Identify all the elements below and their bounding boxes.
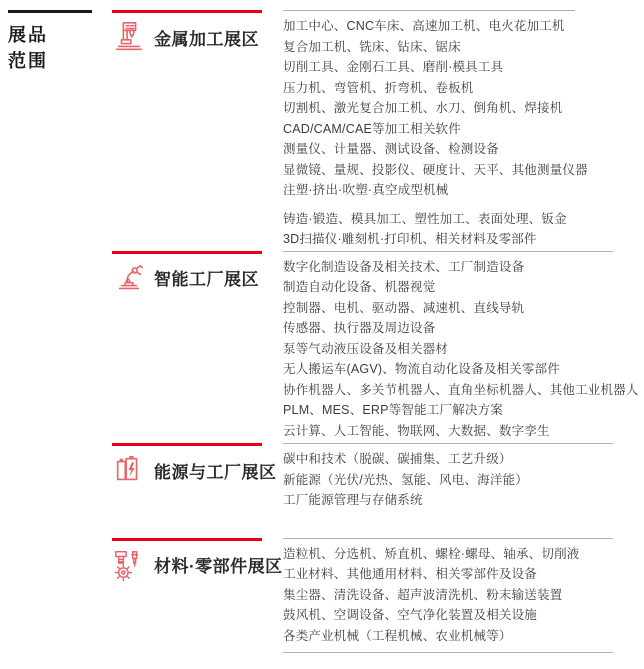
red-rule bbox=[112, 251, 262, 254]
robot-arm-icon bbox=[112, 261, 146, 295]
section-title: 材料·零部件展区 bbox=[154, 552, 283, 577]
section-header: 智能工厂展区 bbox=[112, 251, 262, 442]
section-energy-factory: 能源与工厂展区 碳中和技术（脱碳、碳捕集、工艺升级） 新能源（光伏/光热、氢能、… bbox=[112, 443, 638, 511]
list-item: 鼓风机、空调设备、空气净化装置及相关设施 bbox=[283, 605, 638, 626]
list-item: 控制器、电机、驱动器、减速机、直线导轨 bbox=[283, 298, 638, 319]
list-item: 加工中心、CNC车床、高速加工机、电火花加工机 bbox=[283, 16, 638, 37]
milling-machine-icon bbox=[112, 20, 146, 54]
battery-energy-icon bbox=[112, 453, 146, 487]
list-item: 切割机、激光复合加工机、水刀、倒角机、焊接机 bbox=[283, 98, 638, 119]
section-list: 碳中和技术（脱碳、碳捕集、工艺升级） 新能源（光伏/光热、氢能、风电、海洋能） … bbox=[283, 443, 638, 511]
list-item: 泵等气动液压设备及相关器材 bbox=[283, 339, 638, 360]
list-item: 铸造·锻造、模具加工、塑性加工、表面处理、钣金 bbox=[283, 209, 638, 230]
bottom-rule bbox=[283, 652, 613, 653]
list-item: 工厂能源管理与存储系统 bbox=[283, 490, 638, 511]
list-item: 复合加工机、铣床、钻床、锯床 bbox=[283, 37, 638, 58]
exhibit-scope-block: 展品 范围 bbox=[8, 10, 92, 74]
section-header: 材料·零部件展区 bbox=[112, 538, 262, 647]
list-item: 协作机器人、多关节机器人、直角坐标机器人、其他工业机器人 bbox=[283, 380, 638, 401]
list-item: 压力机、弯管机、折弯机、卷板机 bbox=[283, 78, 638, 99]
sections-area: 金属加工展区 加工中心、CNC车床、高速加工机、电火花加工机 复合加工机、铣床、… bbox=[112, 10, 638, 653]
list-item: 集尘器、清洗设备、超声波清洗机、粉末输送装置 bbox=[283, 585, 638, 606]
section-header: 能源与工厂展区 bbox=[112, 443, 262, 511]
list-item: 造粒机、分选机、矫直机、螺栓·螺母、轴承、切削液 bbox=[283, 544, 638, 565]
list-item: 数字化制造设备及相关技术、工厂制造设备 bbox=[283, 257, 638, 278]
section-title: 金属加工展区 bbox=[154, 25, 259, 50]
red-rule bbox=[112, 443, 262, 446]
section-materials-parts: 材料·零部件展区 造粒机、分选机、矫直机、螺栓·螺母、轴承、切削液 工业材料、其… bbox=[112, 538, 638, 647]
list-item: 各类产业机械（工程机械、农业机械等） bbox=[283, 626, 638, 647]
red-rule bbox=[112, 538, 262, 541]
section-list: 数字化制造设备及相关技术、工厂制造设备 制造自动化设备、机器视觉 控制器、电机、… bbox=[283, 251, 638, 442]
section-list: 加工中心、CNC车床、高速加工机、电火花加工机 复合加工机、铣床、钻床、锯床 切… bbox=[283, 10, 638, 250]
list-item: 3D扫描仪·雕刻机·打印机、相关材料及零部件 bbox=[283, 229, 638, 250]
section-smart-factory: 智能工厂展区 数字化制造设备及相关技术、工厂制造设备 制造自动化设备、机器视觉 … bbox=[112, 251, 638, 442]
red-rule bbox=[112, 10, 262, 13]
list-item: 无人搬运车(AGV)、物流自动化设备及相关零部件 bbox=[283, 359, 638, 380]
list-item: 测量仪、计量器、测试设备、检测设备 bbox=[283, 139, 638, 160]
section-title: 能源与工厂展区 bbox=[154, 458, 277, 483]
title-rule bbox=[8, 10, 92, 13]
fasteners-gear-icon bbox=[112, 548, 146, 582]
section-header: 金属加工展区 bbox=[112, 10, 262, 250]
list-item: 制造自动化设备、机器视觉 bbox=[283, 277, 638, 298]
section-list: 造粒机、分选机、矫直机、螺栓·螺母、轴承、切削液 工业材料、其他通用材料、相关零… bbox=[283, 538, 638, 647]
list-item: CAD/CAM/CAE等加工相关软件 bbox=[283, 119, 638, 140]
section-title: 智能工厂展区 bbox=[154, 265, 259, 290]
list-item: 传感器、执行器及周边设备 bbox=[283, 318, 638, 339]
list-item: 切削工具、金刚石工具、磨削·模具工具 bbox=[283, 57, 638, 78]
list-item: 新能源（光伏/光热、氢能、风电、海洋能） bbox=[283, 470, 638, 491]
list-item: 显微镜、量规、投影仪、硬度计、天平、其他测量仪器 bbox=[283, 160, 638, 181]
page-title: 展品 范围 bbox=[8, 22, 92, 74]
list-item: 工业材料、其他通用材料、相关零部件及设备 bbox=[283, 564, 638, 585]
list-item: 碳中和技术（脱碳、碳捕集、工艺升级） bbox=[283, 449, 638, 470]
list-item: 注塑·挤出·吹塑·真空成型机械 bbox=[283, 180, 638, 201]
list-item: PLM、MES、ERP等智能工厂解决方案 bbox=[283, 400, 638, 421]
list-item: 云计算、人工智能、物联网、大数据、数字孪生 bbox=[283, 421, 638, 442]
section-metal-processing: 金属加工展区 加工中心、CNC车床、高速加工机、电火花加工机 复合加工机、铣床、… bbox=[112, 10, 638, 250]
